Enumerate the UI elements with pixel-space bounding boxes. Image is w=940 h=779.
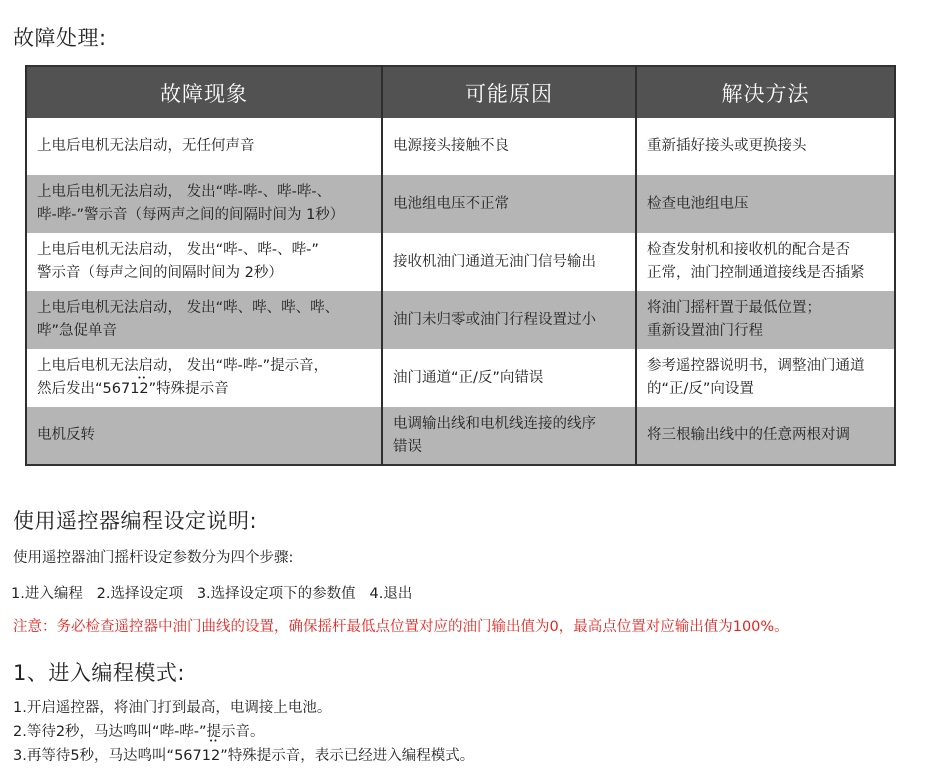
table-row: 上电后电机无法启动， 发出“哔-哔-”提示音，然后发出“56712”特殊提示音 …: [26, 349, 895, 407]
symptom-cell: 上电后电机无法启动， 发出“哔-哔-”提示音，然后发出“56712”特殊提示音: [26, 349, 382, 407]
table-row: 上电后电机无法启动， 发出“哔-、哔-、哔-” 警示音（每声之间的间隔时间为 2…: [26, 233, 895, 291]
symptom-cell: 上电后电机无法启动，无任何声音: [26, 118, 382, 175]
step3-post: ”特殊提示音，表示已经进入编程模式。: [220, 748, 474, 764]
symptom-line2-pre: 然后发出“5671: [37, 381, 139, 397]
solution-cell: 检查电池组电压: [636, 175, 895, 233]
table-row: 上电后电机无法启动， 发出“哔、哔、哔、哔、 哔”急促单音 油门未归零或油门行程…: [26, 291, 895, 349]
programming-title: 使用遥控器编程设定说明:: [13, 505, 257, 535]
table-row: 上电后电机无法启动，无任何声音 电源接头接触不良 重新插好接头或更换接头: [26, 118, 895, 175]
symptom-cell: 上电后电机无法启动， 发出“哔、哔、哔、哔、 哔”急促单音: [26, 291, 382, 349]
header-cause: 可能原因: [382, 66, 636, 118]
programming-note: 注意：务必检查遥控器中油门曲线的设置，确保摇杆最低点位置对应的油门输出值为0，最…: [13, 615, 789, 636]
table-row: 电机反转 电调输出线和电机线连接的线序 错误 将三根输出线中的任意两根对调: [26, 407, 895, 465]
solution-cell: 参考遥控器说明书，调整油门通道 的“正/反”向设置: [636, 349, 895, 407]
header-solution: 解决方法: [636, 66, 895, 118]
enter-mode-step-1: 1.开启遥控器，将油门打到最高，电调接上电池。: [13, 696, 331, 717]
symptom-cell: 上电后电机无法启动， 发出“哔-哔-、哔-哔-、 哔-哔-”警示音（每两声之间的…: [26, 175, 382, 233]
troubleshooting-title: 故障处理:: [13, 22, 107, 52]
solution-cell: 将油门摇杆置于最低位置； 重新设置油门行程: [636, 291, 895, 349]
table-header-row: 故障现象 可能原因 解决方法: [26, 66, 895, 118]
solution-cell: 检查发射机和接收机的配合是否 正常，油门控制通道接线是否插紧: [636, 233, 895, 291]
dotted-digit: 2: [211, 748, 220, 764]
enter-mode-step-3: 3.再等待5秒，马达鸣叫“56712”特殊提示音，表示已经进入编程模式。: [13, 744, 474, 765]
header-symptom: 故障现象: [26, 66, 382, 118]
step3-pre: 3.再等待5秒，马达鸣叫“5671: [13, 748, 211, 764]
cause-cell: 电调输出线和电机线连接的线序 错误: [382, 407, 636, 465]
dotted-digit: 2: [139, 378, 148, 401]
cause-cell: 油门通道“正/反”向错误: [382, 349, 636, 407]
table-row: 上电后电机无法启动， 发出“哔-哔-、哔-哔-、 哔-哔-”警示音（每两声之间的…: [26, 175, 895, 233]
solution-cell: 重新插好接头或更换接头: [636, 118, 895, 175]
enter-mode-title: 1、进入编程模式:: [13, 657, 185, 687]
cause-cell: 油门未归零或油门行程设置过小: [382, 291, 636, 349]
symptom-line1: 上电后电机无法启动， 发出“哔-哔-”提示音，: [37, 358, 328, 374]
symptom-line2-post: ”特殊提示音: [149, 381, 229, 397]
enter-mode-step-2: 2.等待2秒，马达鸣叫“哔-哔-”提示音。: [13, 720, 265, 741]
cause-cell: 接收机油门通道无油门信号输出: [382, 233, 636, 291]
solution-cell: 将三根输出线中的任意两根对调: [636, 407, 895, 465]
symptom-cell: 上电后电机无法启动， 发出“哔-、哔-、哔-” 警示音（每声之间的间隔时间为 2…: [26, 233, 382, 291]
programming-intro: 使用遥控器油门摇杆设定参数分为四个步骤:: [13, 546, 293, 567]
troubleshooting-table: 故障现象 可能原因 解决方法 上电后电机无法启动，无任何声音 电源接头接触不良 …: [25, 65, 896, 466]
cause-cell: 电源接头接触不良: [382, 118, 636, 175]
programming-steps: 1.进入编程 2.选择设定项 3.选择设定项下的参数值 4.退出: [11, 582, 412, 603]
symptom-cell: 电机反转: [26, 407, 382, 465]
cause-cell: 电池组电压不正常: [382, 175, 636, 233]
